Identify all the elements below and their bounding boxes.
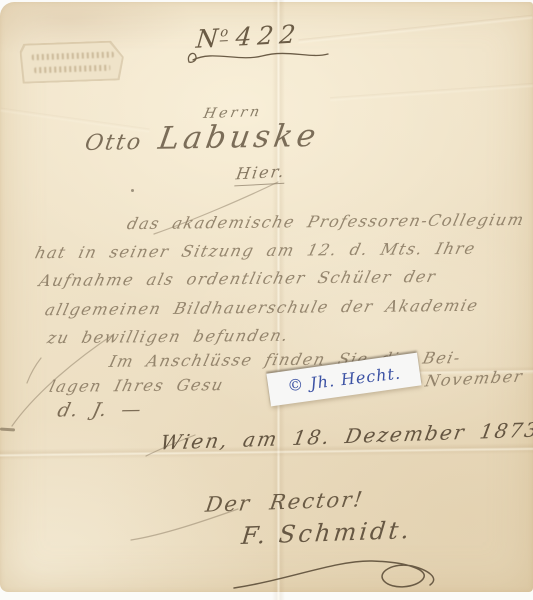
pen-flourish [24, 355, 46, 387]
recipient-first-name: Otto [83, 130, 144, 156]
number-superscript: o [220, 25, 229, 42]
embossed-stamp-plate [21, 42, 122, 81]
ink-dot [131, 189, 134, 192]
embossed-stamp-text-line [32, 52, 114, 61]
embossed-stamp-text-line [34, 65, 110, 74]
recipient-name: OttoLabuske [83, 118, 322, 158]
recipient-last-name: Labuske [156, 118, 322, 157]
number-underline-flourish [182, 46, 334, 70]
pen-flourish [150, 178, 282, 240]
embossed-stamp [19, 40, 124, 84]
scanned-letter: No422 Herrn OttoLabuske Hier. das akadem… [0, 0, 533, 600]
signature-flourish [232, 546, 446, 594]
